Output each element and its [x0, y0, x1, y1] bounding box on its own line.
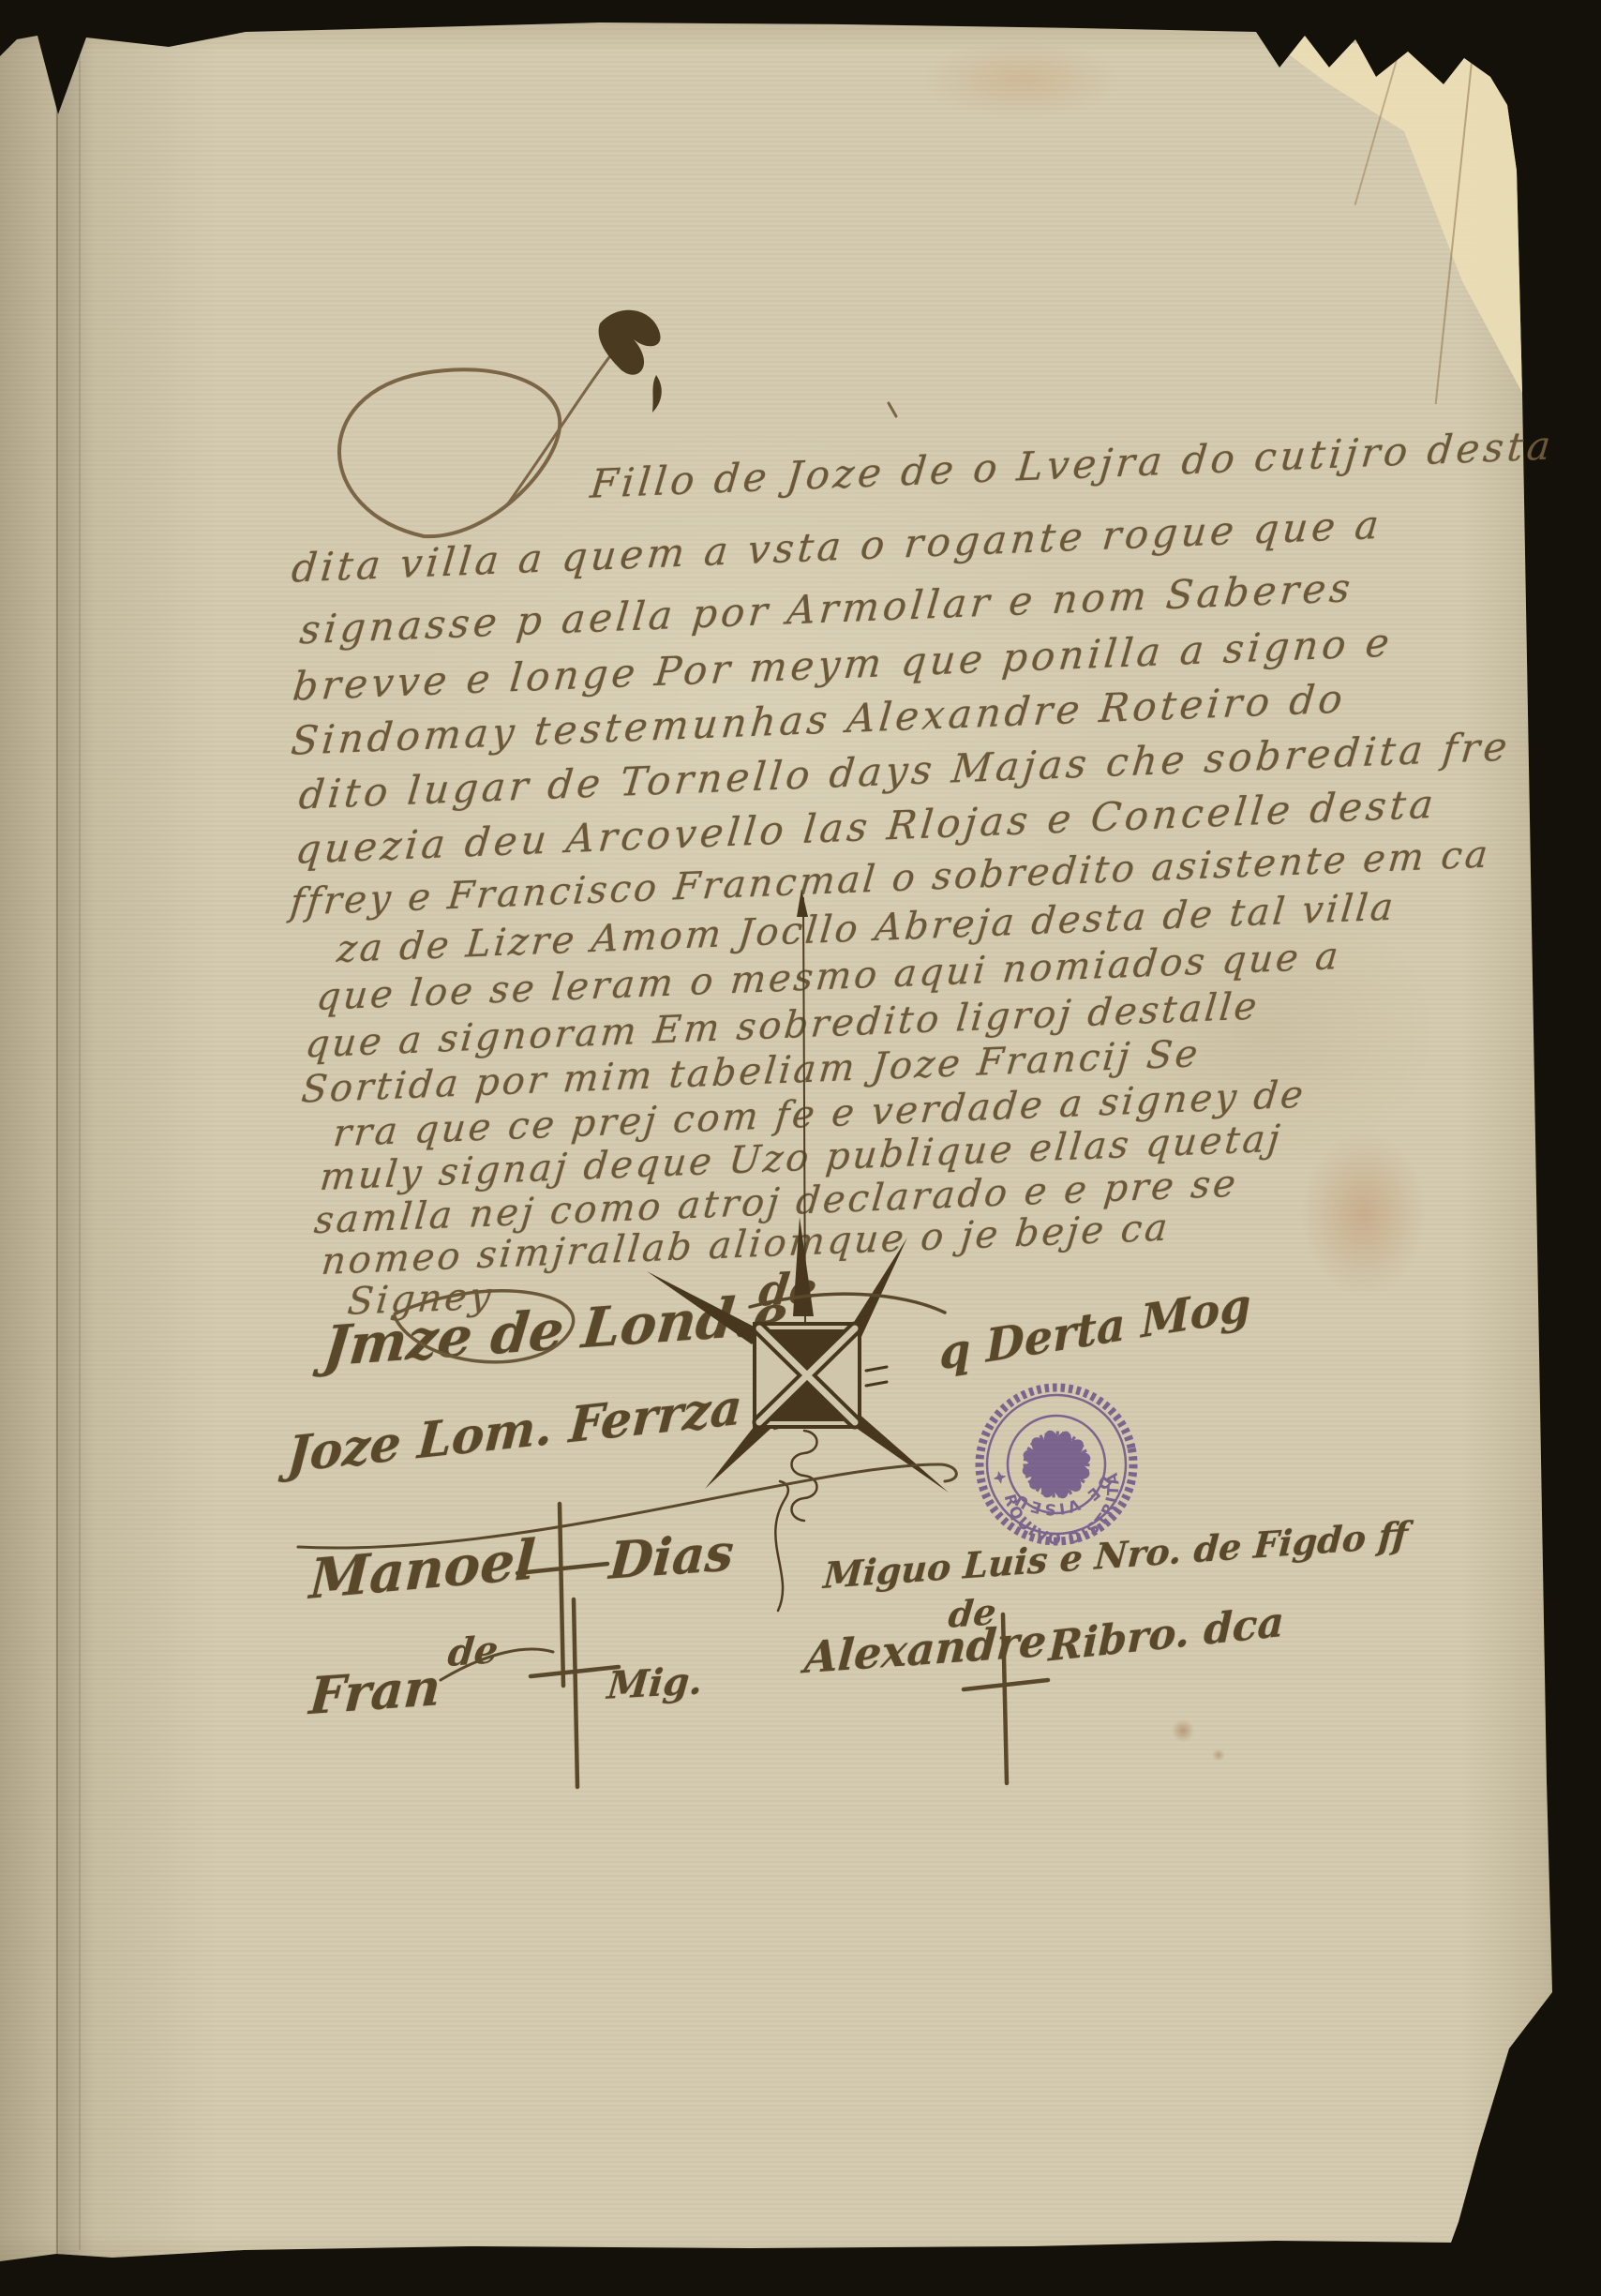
witness-name-mig: Mig. [606, 1658, 704, 1708]
scanned-document: Fillo de Joze de o Lvejra do cutijro des… [0, 0, 1601, 2296]
witness-name-fran: Fran [307, 1657, 442, 1726]
witness-alexandre-superscript: de [947, 1590, 998, 1636]
signature-1-superscript: de [756, 1262, 820, 1316]
left-fold-crease-soft [79, 56, 81, 2250]
witness-name-dias: Dias [607, 1522, 736, 1591]
manuscript-text-block: Fillo de Joze de o Lvejra do cutijro des… [279, 392, 1533, 1340]
manuscript-line: Fillo de Joze de o Lvejra do cutijro des… [589, 422, 1557, 507]
left-fold-crease [56, 28, 58, 2264]
witness-fran-superscript: de [446, 1628, 501, 1675]
